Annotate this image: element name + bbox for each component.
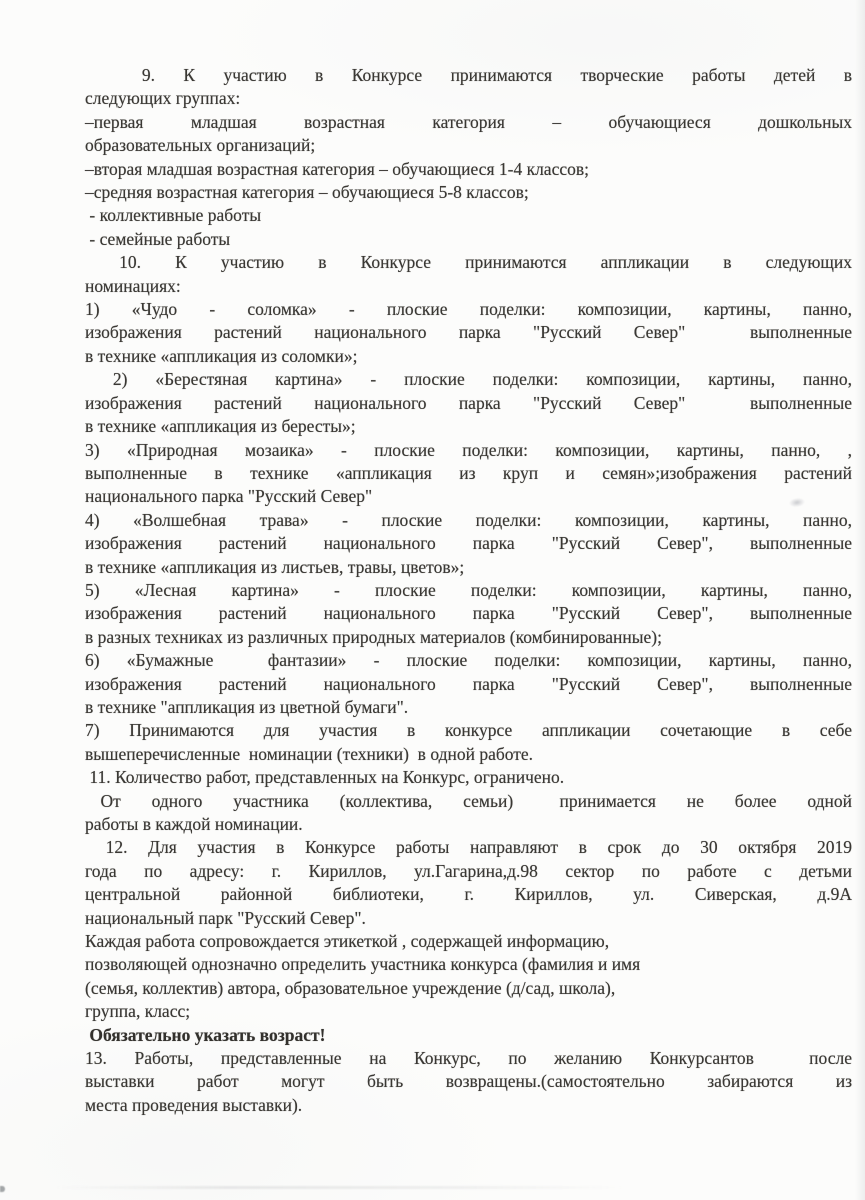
scan-streak-artifact (55, 1186, 625, 1189)
paragraph-item-13-return: 13. Работы, представленные на Конкурс, п… (85, 1047, 852, 1117)
text-line: изображения растений национального парка… (85, 673, 852, 696)
paragraph-item-12-address: 12. Для участия в Конкурсе работы направ… (85, 836, 852, 930)
paragraph-item-11-limit: От одного участника (коллектива, семьи) … (85, 790, 852, 837)
text-line: изображения растений национального парка… (85, 392, 852, 415)
scan-edge-shadow (855, 0, 865, 1200)
text-line: центральной районной библиотеки, г. Кири… (85, 883, 852, 906)
paragraph-item-11: 11. Количество работ, представленных на … (85, 766, 852, 789)
text-line: изображения растений национального парка… (85, 532, 852, 555)
text-line: позволяющей однозначно определить участн… (85, 953, 852, 976)
paragraph-item-10-intro: 10. К участию в Конкурсе принимаются апп… (85, 251, 852, 298)
text-line: 3) «Природная мозаика» - плоские поделки… (85, 439, 852, 462)
text-line: выполненные в технике «аппликация из кру… (85, 462, 852, 485)
text-line: 5) «Лесная картина» - плоские поделки: к… (85, 579, 852, 602)
document-text: 9. К участию в Конкурсе принимаются твор… (85, 64, 852, 1117)
paragraph-nomination-2: 2) «Берестяная картина» - плоские поделк… (85, 368, 852, 438)
text-line: группа, класс; (85, 1000, 852, 1023)
paragraph-item-9-intro: 9. К участию в Конкурсе принимаются твор… (85, 64, 852, 111)
text-line: (семья, коллектив) автора, образовательн… (85, 977, 852, 1000)
text-line: Обязательно указать возраст! (85, 1024, 852, 1047)
text-line: 1) «Чудо - соломка» - плоские поделки: к… (85, 298, 852, 321)
text-line: в разных техниках из различных природных… (85, 626, 852, 649)
text-line: в технике "аппликация из цветной бумаги"… (85, 696, 852, 719)
text-line: –первая младшая возрастная категория – о… (85, 111, 852, 134)
text-line: образовательных организаций; (85, 134, 852, 157)
scanned-document-page: 9. К участию в Конкурсе принимаются твор… (0, 0, 865, 1200)
paragraph-nomination-4: 4) «Волшебная трава» - плоские поделки: … (85, 509, 852, 579)
text-line: следующих группах: (85, 87, 852, 110)
text-line: места проведения выставки). (85, 1094, 852, 1117)
paragraph-age-group-first: –первая младшая возрастная категория – о… (85, 111, 852, 158)
paragraph-nomination-1: 1) «Чудо - соломка» - плоские поделки: к… (85, 298, 852, 368)
paragraph-nomination-3: 3) «Природная мозаика» - плоские поделки… (85, 439, 852, 509)
text-line: в технике «аппликация из бересты»; (85, 415, 852, 438)
text-line: 9. К участию в Конкурсе принимаются твор… (85, 64, 852, 87)
text-line: номинациях: (85, 275, 852, 298)
text-line: в технике «аппликация из соломки»; (85, 345, 852, 368)
text-line: –средняя возрастная категория – обучающи… (85, 181, 852, 204)
text-line: 13. Работы, представленные на Конкурс, п… (85, 1047, 852, 1070)
text-line: года по адресу: г. Кириллов, ул.Гагарина… (85, 860, 852, 883)
paragraph-label-info: Каждая работа сопровождается этикеткой ,… (85, 930, 852, 1024)
text-line: Каждая работа сопровождается этикеткой ,… (85, 930, 852, 953)
scan-speck-artifact (0, 1186, 5, 1192)
paragraph-nomination-7: 7) Принимаются для участия в конкурсе ап… (85, 719, 852, 766)
text-line: –вторая младшая возрастная категория – о… (85, 158, 852, 181)
paragraph-age-group-middle: –средняя возрастная категория – обучающи… (85, 181, 852, 204)
text-line: 2) «Берестяная картина» - плоские поделк… (85, 368, 852, 391)
text-line: 11. Количество работ, представленных на … (85, 766, 852, 789)
text-line: национальный парк "Русский Север". (85, 907, 852, 930)
text-line: 4) «Волшебная трава» - плоские поделки: … (85, 509, 852, 532)
text-line: выставки работ могут быть возвращены.(са… (85, 1070, 852, 1093)
text-line: изображения растений национального парка… (85, 321, 852, 344)
paragraph-age-required-note: Обязательно указать возраст! (85, 1024, 852, 1047)
text-line: От одного участника (коллектива, семьи) … (85, 790, 852, 813)
paragraph-nomination-6: 6) «Бумажные фантазии» - плоские поделки… (85, 649, 852, 719)
paragraph-age-group-second: –вторая младшая возрастная категория – о… (85, 158, 852, 181)
text-line: работы в каждой номинации. (85, 813, 852, 836)
text-line: национального парка "Русский Север" (85, 485, 852, 508)
text-line: вышеперечисленные номинации (техники) в … (85, 743, 852, 766)
paragraph-group-collective: - коллективные работы (85, 204, 852, 227)
text-line: 10. К участию в Конкурсе принимаются апп… (85, 251, 852, 274)
text-line: изображения растений национального парка… (85, 602, 852, 625)
text-line: - семейные работы (85, 228, 852, 251)
paragraph-group-family: - семейные работы (85, 228, 852, 251)
text-line: 12. Для участия в Конкурсе работы направ… (85, 836, 852, 859)
text-line: 7) Принимаются для участия в конкурсе ап… (85, 719, 852, 742)
text-line: 6) «Бумажные фантазии» - плоские поделки… (85, 649, 852, 672)
paragraph-nomination-5: 5) «Лесная картина» - плоские поделки: к… (85, 579, 852, 649)
text-line: - коллективные работы (85, 204, 852, 227)
text-line: в технике «аппликация из листьев, травы,… (85, 556, 852, 579)
